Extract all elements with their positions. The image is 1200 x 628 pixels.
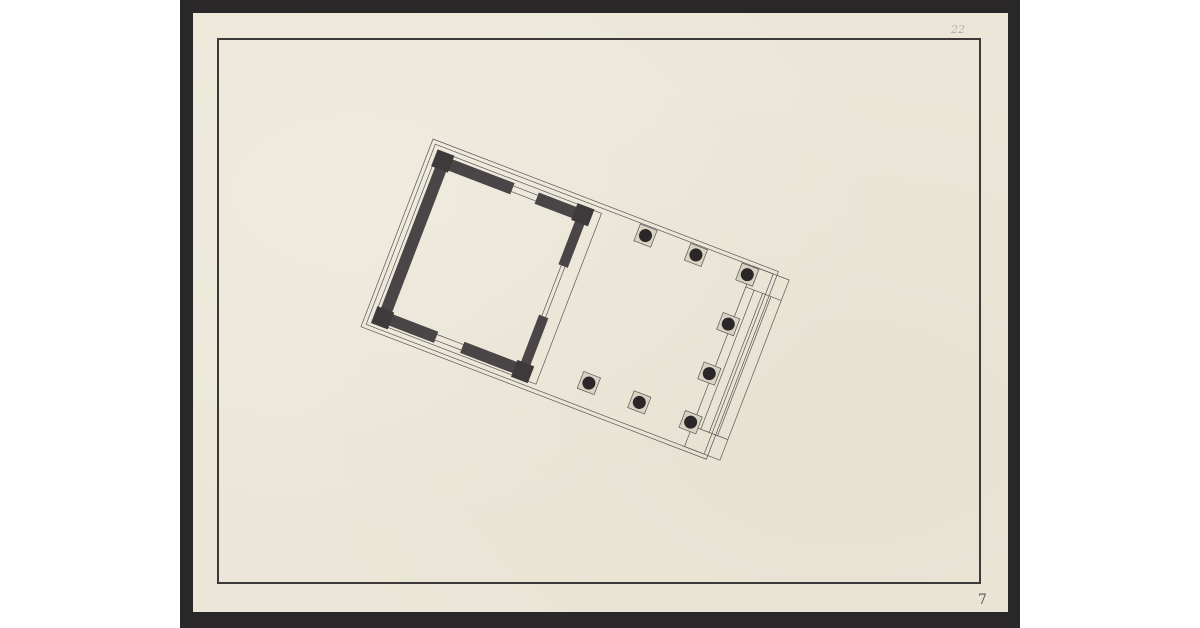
stylobate-outline-outer <box>361 139 778 459</box>
column <box>679 411 702 434</box>
column <box>736 263 759 286</box>
steps <box>684 266 789 460</box>
column <box>698 362 721 385</box>
column <box>577 371 600 394</box>
portico-columns <box>577 224 759 434</box>
column <box>634 224 657 247</box>
temple-plan <box>0 0 1200 628</box>
column <box>717 312 740 335</box>
column <box>628 391 651 414</box>
column <box>684 243 707 266</box>
wall-back <box>376 155 451 325</box>
